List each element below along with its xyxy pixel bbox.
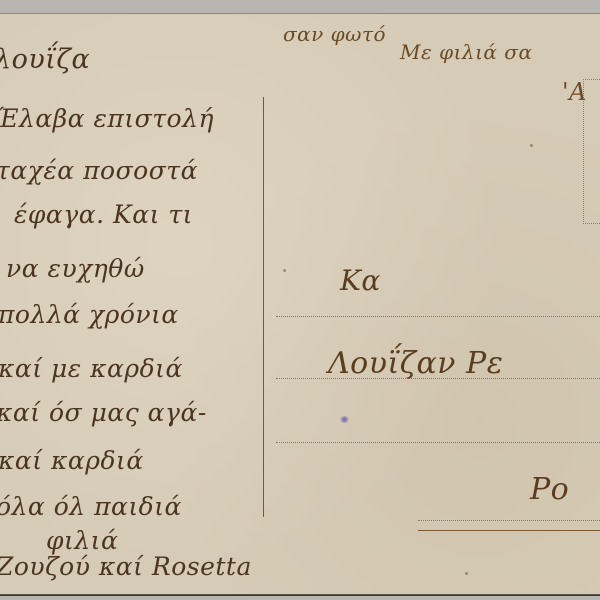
message-line: πολλά χρόνια xyxy=(0,300,179,329)
address-city: Ρο xyxy=(530,472,569,507)
message-line: όλα όλ παιδιά xyxy=(0,492,182,521)
message-line: έφαγα. Και τι xyxy=(14,200,193,229)
message-line: φιλιά xyxy=(46,526,118,555)
message-line: καί όσ μας αγά- xyxy=(0,398,207,427)
top-note-right: Με φιλιά σα xyxy=(400,40,532,64)
address-salutation: Κα xyxy=(340,264,381,297)
address-line-4 xyxy=(418,520,600,521)
paper-speck xyxy=(283,269,286,272)
center-divider-line xyxy=(263,97,264,517)
stamp-corner-text: 'Α xyxy=(562,78,587,106)
message-line: ταχέα ποσοστά xyxy=(0,156,198,185)
address-underline xyxy=(418,530,600,531)
address-line-3 xyxy=(276,442,600,443)
paper-speck xyxy=(465,572,468,575)
address-line-2 xyxy=(276,378,600,379)
violet-ink-spot xyxy=(340,416,349,423)
message-line: Έλαβα επιστολή xyxy=(0,104,214,133)
message-line: καί με καρδιά xyxy=(0,354,183,383)
postcard-back: σαν φωτό Με φιλιά σα 'Α λουΐζα Έλαβα επι… xyxy=(0,13,600,595)
message-line: να ευχηθώ xyxy=(6,254,145,283)
top-note-left: σαν φωτό xyxy=(283,22,386,46)
message-line: καί καρδιά xyxy=(0,446,144,475)
message-line: Ζουζού καί Rosetta xyxy=(0,552,252,581)
message-line: λουΐζα xyxy=(0,44,90,75)
address-name: Λουΐζαν Ρε xyxy=(328,346,503,381)
address-line-1 xyxy=(276,316,600,317)
paper-speck xyxy=(530,144,533,147)
